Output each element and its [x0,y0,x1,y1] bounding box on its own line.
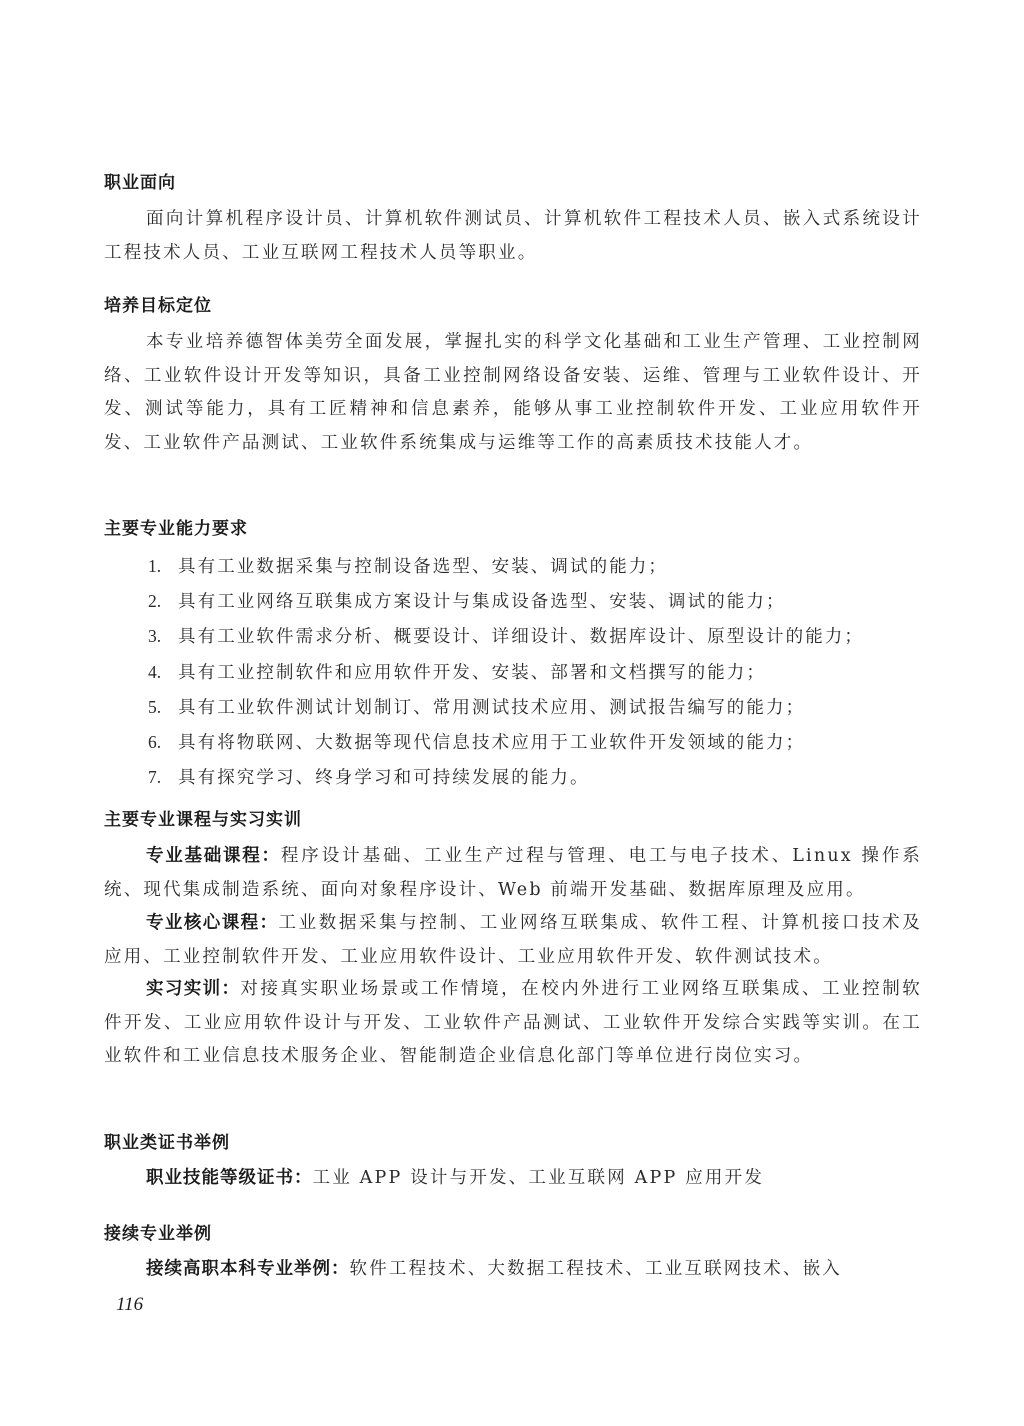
heading-courses: 主要专业课程与实习实训 [104,805,302,830]
certificates-label: 职业技能等级证书： [146,1168,313,1188]
paragraph-internship: 实习实训：对接真实职业场景或工作情境，在校内外进行工业网络互联集成、工业控制软件… [104,973,922,1074]
page-number: 116 [116,1294,143,1316]
abilities-list: 1.具有工业数据采集与控制设备选型、安装、调试的能力； 2.具有工业网络互联集成… [148,549,864,795]
heading-certificates: 职业类证书举例 [104,1128,230,1153]
core-courses-label: 专业核心课程： [146,913,278,933]
list-item: 6.具有将物联网、大数据等现代信息技术应用于工业软件开发领域的能力； [148,725,864,760]
paragraph-training-goal: 本专业培养德智体美劳全面发展，掌握扎实的科学文化基础和工业生产管理、工业控制网络… [104,326,922,460]
continuing-majors-label: 接续高职本科专业举例： [146,1259,350,1279]
paragraph-career: 面向计算机程序设计员、计算机软件测试员、计算机软件工程技术人员、嵌入式系统设计工… [104,203,922,270]
paragraph-continuing-majors: 接续高职本科专业举例：软件工程技术、大数据工程技术、工业互联网技术、嵌入 [104,1253,922,1287]
paragraph-certificates: 职业技能等级证书：工业 APP 设计与开发、工业互联网 APP 应用开发 [104,1162,922,1196]
heading-training-goal: 培养目标定位 [104,291,212,316]
list-item: 3.具有工业软件需求分析、概要设计、详细设计、数据库设计、原型设计的能力； [148,619,864,654]
list-item: 1.具有工业数据采集与控制设备选型、安装、调试的能力； [148,549,864,584]
list-item: 2.具有工业网络互联集成方案设计与集成设备选型、安装、调试的能力； [148,584,864,619]
list-item: 4.具有工业控制软件和应用软件开发、安装、部署和文档撰写的能力； [148,655,864,690]
foundation-courses-label: 专业基础课程： [146,846,281,866]
heading-abilities: 主要专业能力要求 [104,514,248,539]
heading-continuing-majors: 接续专业举例 [104,1219,212,1244]
list-item: 5.具有工业软件测试计划制订、常用测试技术应用、测试报告编写的能力； [148,690,864,725]
paragraph-core-courses: 专业核心课程：工业数据采集与控制、工业网络互联集成、软件工程、计算机接口技术及应… [104,907,922,974]
heading-career: 职业面向 [104,168,176,193]
paragraph-foundation-courses: 专业基础课程：程序设计基础、工业生产过程与管理、电工与电子技术、Linux 操作… [104,840,922,907]
list-item: 7.具有探究学习、终身学习和可持续发展的能力。 [148,760,864,795]
continuing-majors-text: 软件工程技术、大数据工程技术、工业互联网技术、嵌入 [350,1259,843,1279]
certificates-text: 工业 APP 设计与开发、工业互联网 APP 应用开发 [313,1168,765,1188]
internship-label: 实习实训： [146,979,240,999]
